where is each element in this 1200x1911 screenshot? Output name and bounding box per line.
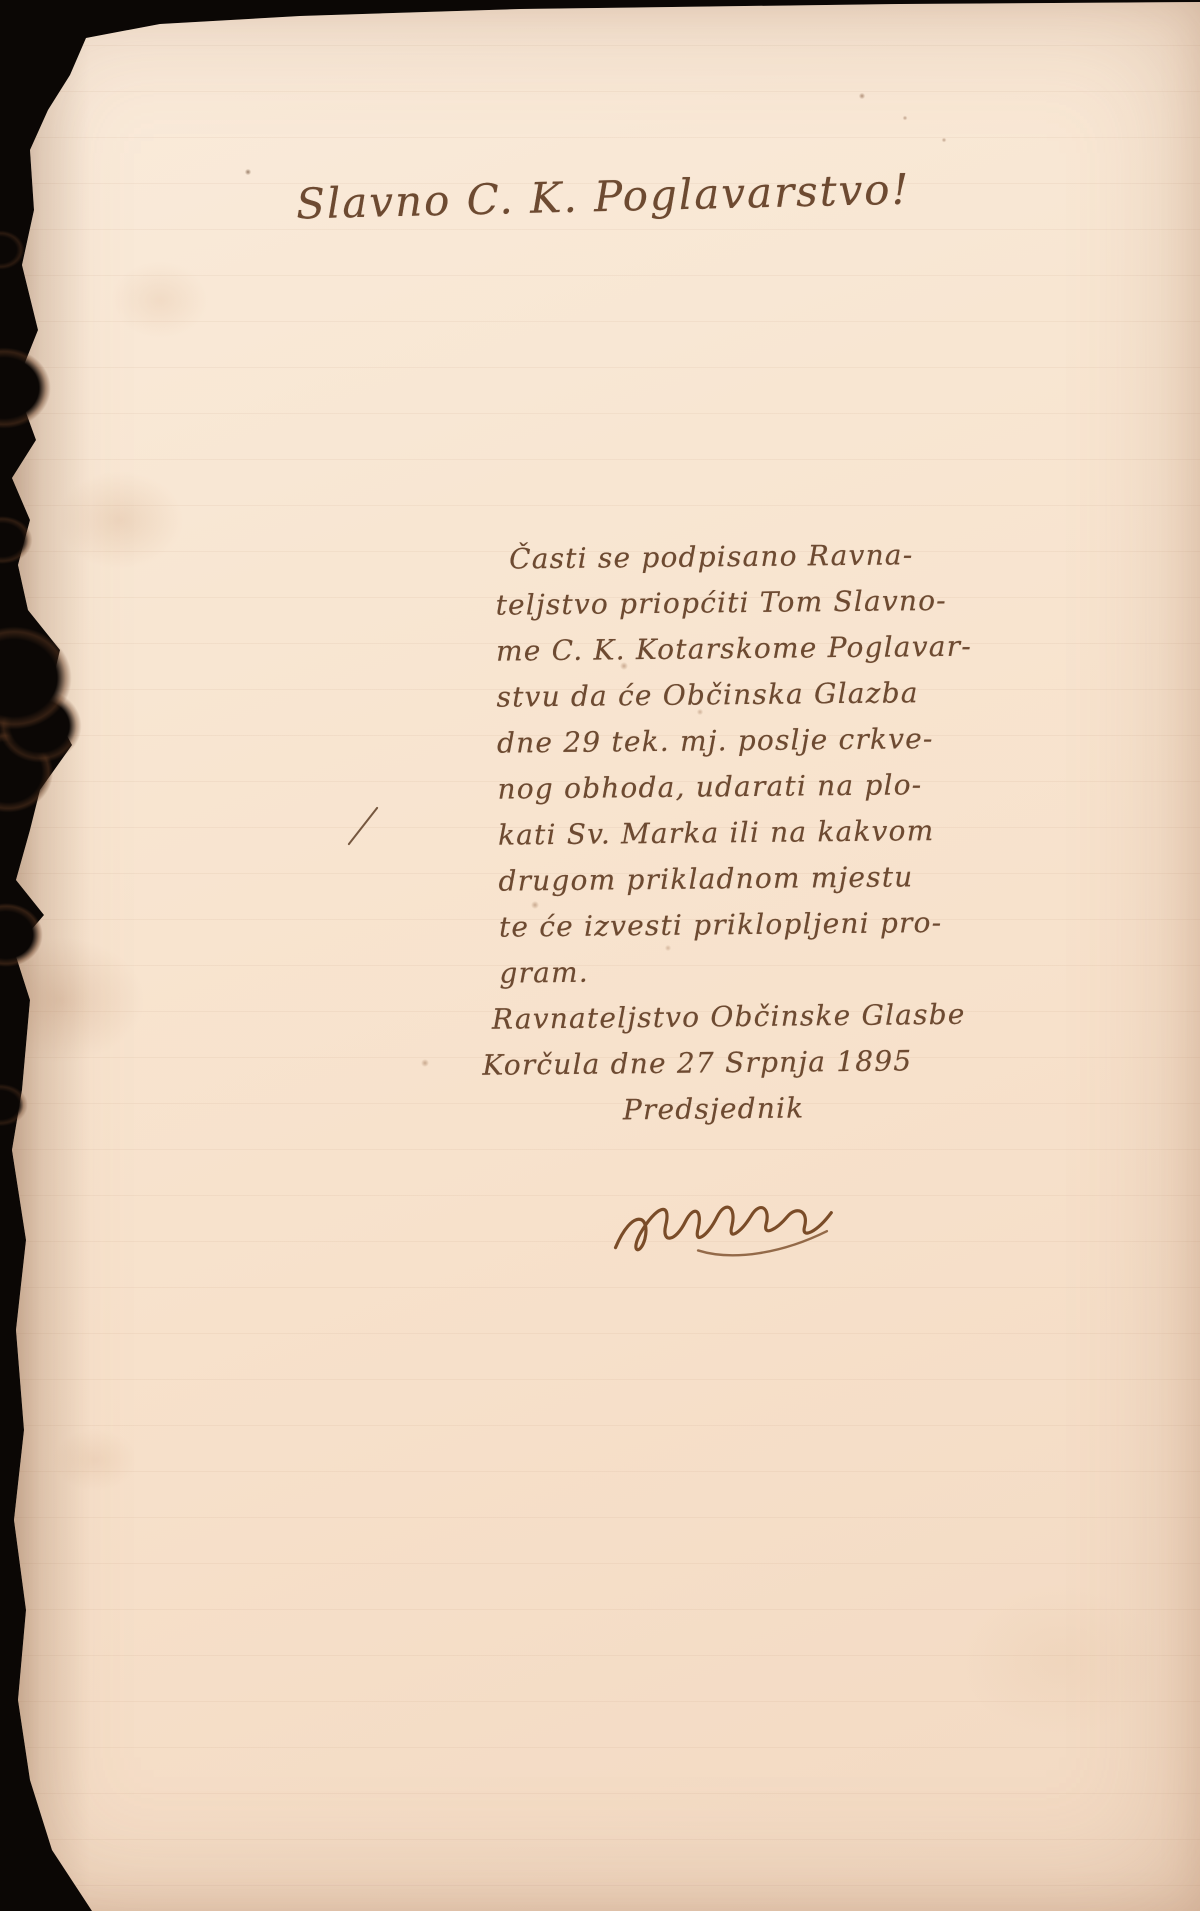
paper-sheet: Slavno C. K. Poglavarstvo! Časti se podp…	[0, 0, 1200, 1911]
body-line: drugom prikladnom mjestu	[498, 853, 998, 904]
body-line: teljstvo priopćiti Tom Slavno-	[495, 577, 995, 628]
body-line: stvu da će Občinska Glazba	[496, 669, 996, 720]
body-line: Časti se podpisano Ravna-	[509, 531, 995, 582]
title-line: Predsjednik	[623, 1083, 1001, 1133]
torn-edge-blobs	[0, 0, 140, 1911]
body-line: gram.	[499, 945, 999, 996]
place-date-line: Korčula dne 27 Srpnja 1895	[482, 1037, 1000, 1088]
body-line: kati Sv. Marka ili na kakvom	[498, 807, 998, 858]
scanned-letter-photo: Slavno C. K. Poglavarstvo! Časti se podp…	[0, 0, 1200, 1911]
body-line: dne 29 tek. mj. poslje crkve-	[497, 715, 997, 766]
body-line: me C. K. Kotarskome Poglavar-	[496, 623, 996, 674]
body-line: nog obhoda, udarati na plo-	[497, 761, 997, 812]
letter-body: Časti se podpisano Ravna- teljstvo priop…	[495, 531, 1001, 1134]
sender-line: Ravnateljstvo Občinske Glasbe	[492, 991, 1000, 1042]
body-line: te će izvesti priklopljeni pro-	[499, 899, 999, 950]
